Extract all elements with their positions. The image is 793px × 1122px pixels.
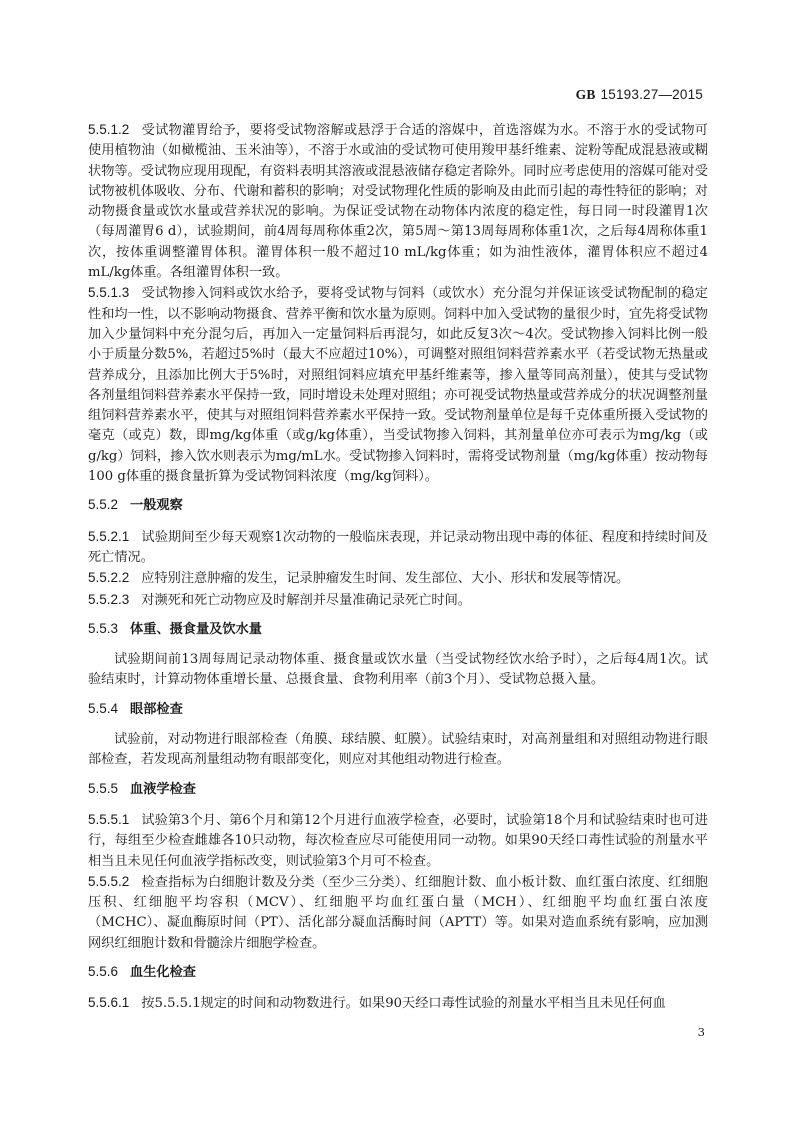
standard-number: 15193.27—2015 (601, 87, 703, 102)
standard-header: GB15193.27—2015 (576, 87, 703, 103)
clause-number: 5.5.2.3 (88, 592, 129, 607)
section-title: 一般观察 (130, 498, 183, 513)
clause-text: 按5.5.5.1规定的时间和动物数进行。如果90天经口毒性试验的剂量水平相当且未… (141, 996, 665, 1011)
clause-number: 5.5.1.3 (88, 285, 129, 300)
paragraph-5-5-4: 试验前，对动物进行眼部检查（角膜、球结膜、虹膜）。试验结束时，对高剂量组和对照组… (88, 730, 708, 771)
clause-text: 受试物掺入饲料或饮水给予，要将受试物与饲料（或饮水）充分混匀并保证该受试物配制的… (88, 286, 708, 484)
section-heading-5-5-2: 5.5.2一般观察 (88, 495, 708, 516)
document-body: 5.5.1.2受试物灌胃给予，要将受试物溶解或悬浮于合适的溶媒中，首选溶媒为水。… (88, 120, 708, 1015)
clause-text: 试验期间至少每天观察1次动物的一般临床表现，并记录动物出现中毒的体征、程度和持续… (88, 530, 708, 565)
section-number: 5.5.3 (88, 621, 118, 636)
section-title: 血生化检查 (130, 965, 196, 980)
clause-5-5-2-2: 5.5.2.2应特别注意肿瘤的发生，记录肿瘤发生时间、发生部位、大小、形状和发展… (88, 568, 708, 589)
clause-5-5-2-1: 5.5.2.1试验期间至少每天观察1次动物的一般临床表现，并记录动物出现中毒的体… (88, 527, 708, 569)
clause-number: 5.5.2.2 (88, 570, 129, 585)
section-number: 5.5.6 (88, 964, 118, 979)
clause-text: 检查指标为白细胞计数及分类（至少三分类）、红细胞计数、血小板计数、血红蛋白浓度、… (88, 875, 708, 951)
clause-text: 对濒死和死亡动物应及时解剖并尽量准确记录死亡时间。 (141, 593, 471, 608)
section-heading-5-5-6: 5.5.6血生化检查 (88, 962, 708, 983)
clause-5-5-1-2: 5.5.1.2受试物灌胃给予，要将受试物溶解或悬浮于合适的溶媒中，首选溶媒为水。… (88, 120, 708, 283)
clause-5-5-6-1: 5.5.6.1按5.5.5.1规定的时间和动物数进行。如果90天经口毒性试验的剂… (88, 993, 708, 1014)
clause-5-5-2-3: 5.5.2.3对濒死和死亡动物应及时解剖并尽量准确记录死亡时间。 (88, 590, 708, 611)
clause-text: 试验第3个月、第6个月和第12个月进行血液学检查，必要时，试验第18个月和试验结… (88, 813, 708, 869)
clause-5-5-1-3: 5.5.1.3受试物掺入饲料或饮水给予，要将受试物与饲料（或饮水）充分混匀并保证… (88, 283, 708, 487)
section-number: 5.5.4 (88, 701, 118, 716)
section-title: 体重、摄食量及饮水量 (130, 622, 262, 637)
clause-number: 5.5.2.1 (88, 529, 129, 544)
clause-number: 5.5.5.2 (88, 874, 129, 889)
clause-number: 5.5.5.1 (88, 812, 129, 827)
section-heading-5-5-3: 5.5.3体重、摄食量及饮水量 (88, 619, 708, 640)
clause-text: 应特别注意肿瘤的发生，记录肿瘤发生时间、发生部位、大小、形状和发展等情况。 (141, 571, 629, 586)
section-title: 血液学检查 (130, 782, 196, 797)
clause-number: 5.5.6.1 (88, 995, 129, 1010)
section-heading-5-5-5: 5.5.5血液学检查 (88, 779, 708, 800)
section-title: 眼部检查 (130, 702, 183, 717)
standard-prefix: GB (576, 87, 596, 102)
section-number: 5.5.2 (88, 497, 118, 512)
section-heading-5-5-4: 5.5.4眼部检查 (88, 699, 708, 720)
paragraph-5-5-3: 试验期间前13周每周记录动物体重、摄食量或饮水量（当受试物经饮水给予时），之后每… (88, 650, 708, 691)
clause-text: 受试物灌胃给予，要将受试物溶解或悬浮于合适的溶媒中，首选溶媒为水。不溶于水的受试… (88, 123, 708, 280)
page-number: 3 (698, 1025, 705, 1039)
section-number: 5.5.5 (88, 781, 118, 796)
clause-5-5-5-2: 5.5.5.2检查指标为白细胞计数及分类（至少三分类）、红细胞计数、血小板计数、… (88, 872, 708, 954)
document-page: GB15193.27—2015 5.5.1.2受试物灌胃给予，要将受试物溶解或悬… (0, 0, 793, 1122)
clause-5-5-5-1: 5.5.5.1试验第3个月、第6个月和第12个月进行血液学检查，必要时，试验第1… (88, 810, 708, 872)
clause-number: 5.5.1.2 (88, 122, 129, 137)
